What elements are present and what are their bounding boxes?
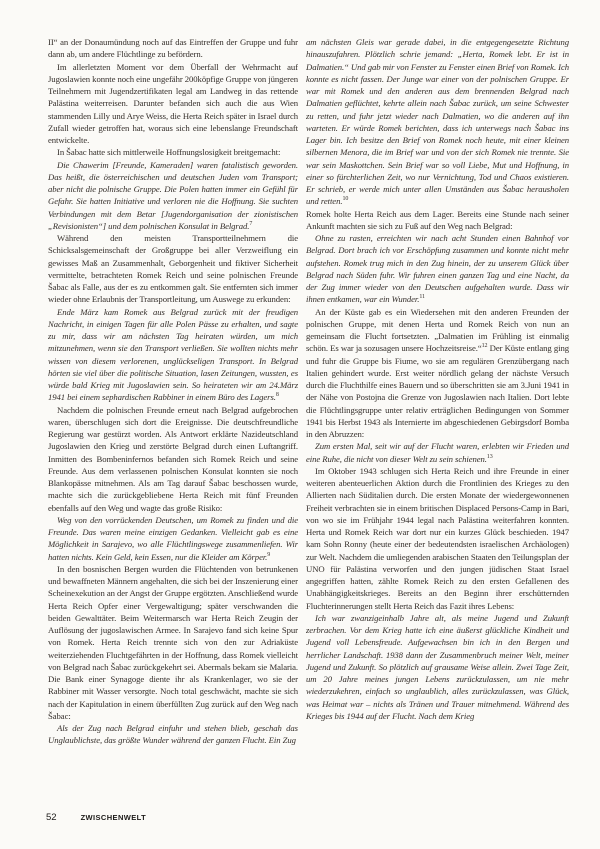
body-paragraph: Während den meisten Transportteilnehmern… xyxy=(48,232,298,306)
body-paragraph: In den bosnischen Bergen wurden die Flüc… xyxy=(48,563,298,722)
footnote-reference: 7 xyxy=(249,221,252,227)
body-paragraph: Im allerletzten Moment vor dem Überfall … xyxy=(48,61,298,147)
page-footer: 52 ZWISCHENWELT xyxy=(46,812,146,823)
quote-paragraph: Die Chawerim [Freunde, Kameraden] waren … xyxy=(48,159,298,233)
page-number: 52 xyxy=(46,812,57,823)
quote-paragraph: Ich war zwanzigeinhalb Jahre alt, als me… xyxy=(306,612,569,722)
quote-paragraph: am nächsten Gleis war gerade dabei, in d… xyxy=(306,36,569,208)
footnote-reference: 13 xyxy=(487,454,493,460)
text-column-right: am nächsten Gleis war gerade dabei, in d… xyxy=(306,36,569,808)
body-paragraph: An der Küste gab es ein Wiedersehen mit … xyxy=(306,306,569,441)
footnote-reference: 11 xyxy=(419,294,425,300)
body-paragraph: Nachdem die polnischen Freunde erneut na… xyxy=(48,404,298,514)
quote-paragraph: Ende März kam Romek aus Belgrad zurück m… xyxy=(48,306,298,404)
footnote-reference: 12 xyxy=(482,343,488,349)
footnote-reference: 10 xyxy=(342,196,348,202)
body-paragraph: In Šabac hatte sich mittlerweile Hoffnun… xyxy=(48,146,298,158)
body-paragraph: Im Oktober 1943 schlugen sich Herta Reic… xyxy=(306,465,569,612)
quote-paragraph: Zum ersten Mal, seit wir auf der Flucht … xyxy=(306,440,569,465)
body-paragraph: II“ an der Donaumündung noch auf das Ein… xyxy=(48,36,298,61)
quote-paragraph: Weg von den vorrückenden Deutschen, um R… xyxy=(48,514,298,563)
footnote-reference: 8 xyxy=(276,392,279,398)
magazine-page: II“ an der Donaumündung noch auf das Ein… xyxy=(0,0,600,849)
journal-name: ZWISCHENWELT xyxy=(81,813,147,822)
body-paragraph: Romek holte Herta Reich aus dem Lager. B… xyxy=(306,208,569,233)
footnote-reference: 9 xyxy=(267,552,270,558)
quote-paragraph: Ohne zu rasten, erreichten wir nach acht… xyxy=(306,232,569,306)
quote-paragraph: Als der Zug nach Belgrad einfuhr und ste… xyxy=(48,722,298,747)
article-body: II“ an der Donaumündung noch auf das Ein… xyxy=(48,36,569,808)
text-column-left: II“ an der Donaumündung noch auf das Ein… xyxy=(48,36,298,808)
